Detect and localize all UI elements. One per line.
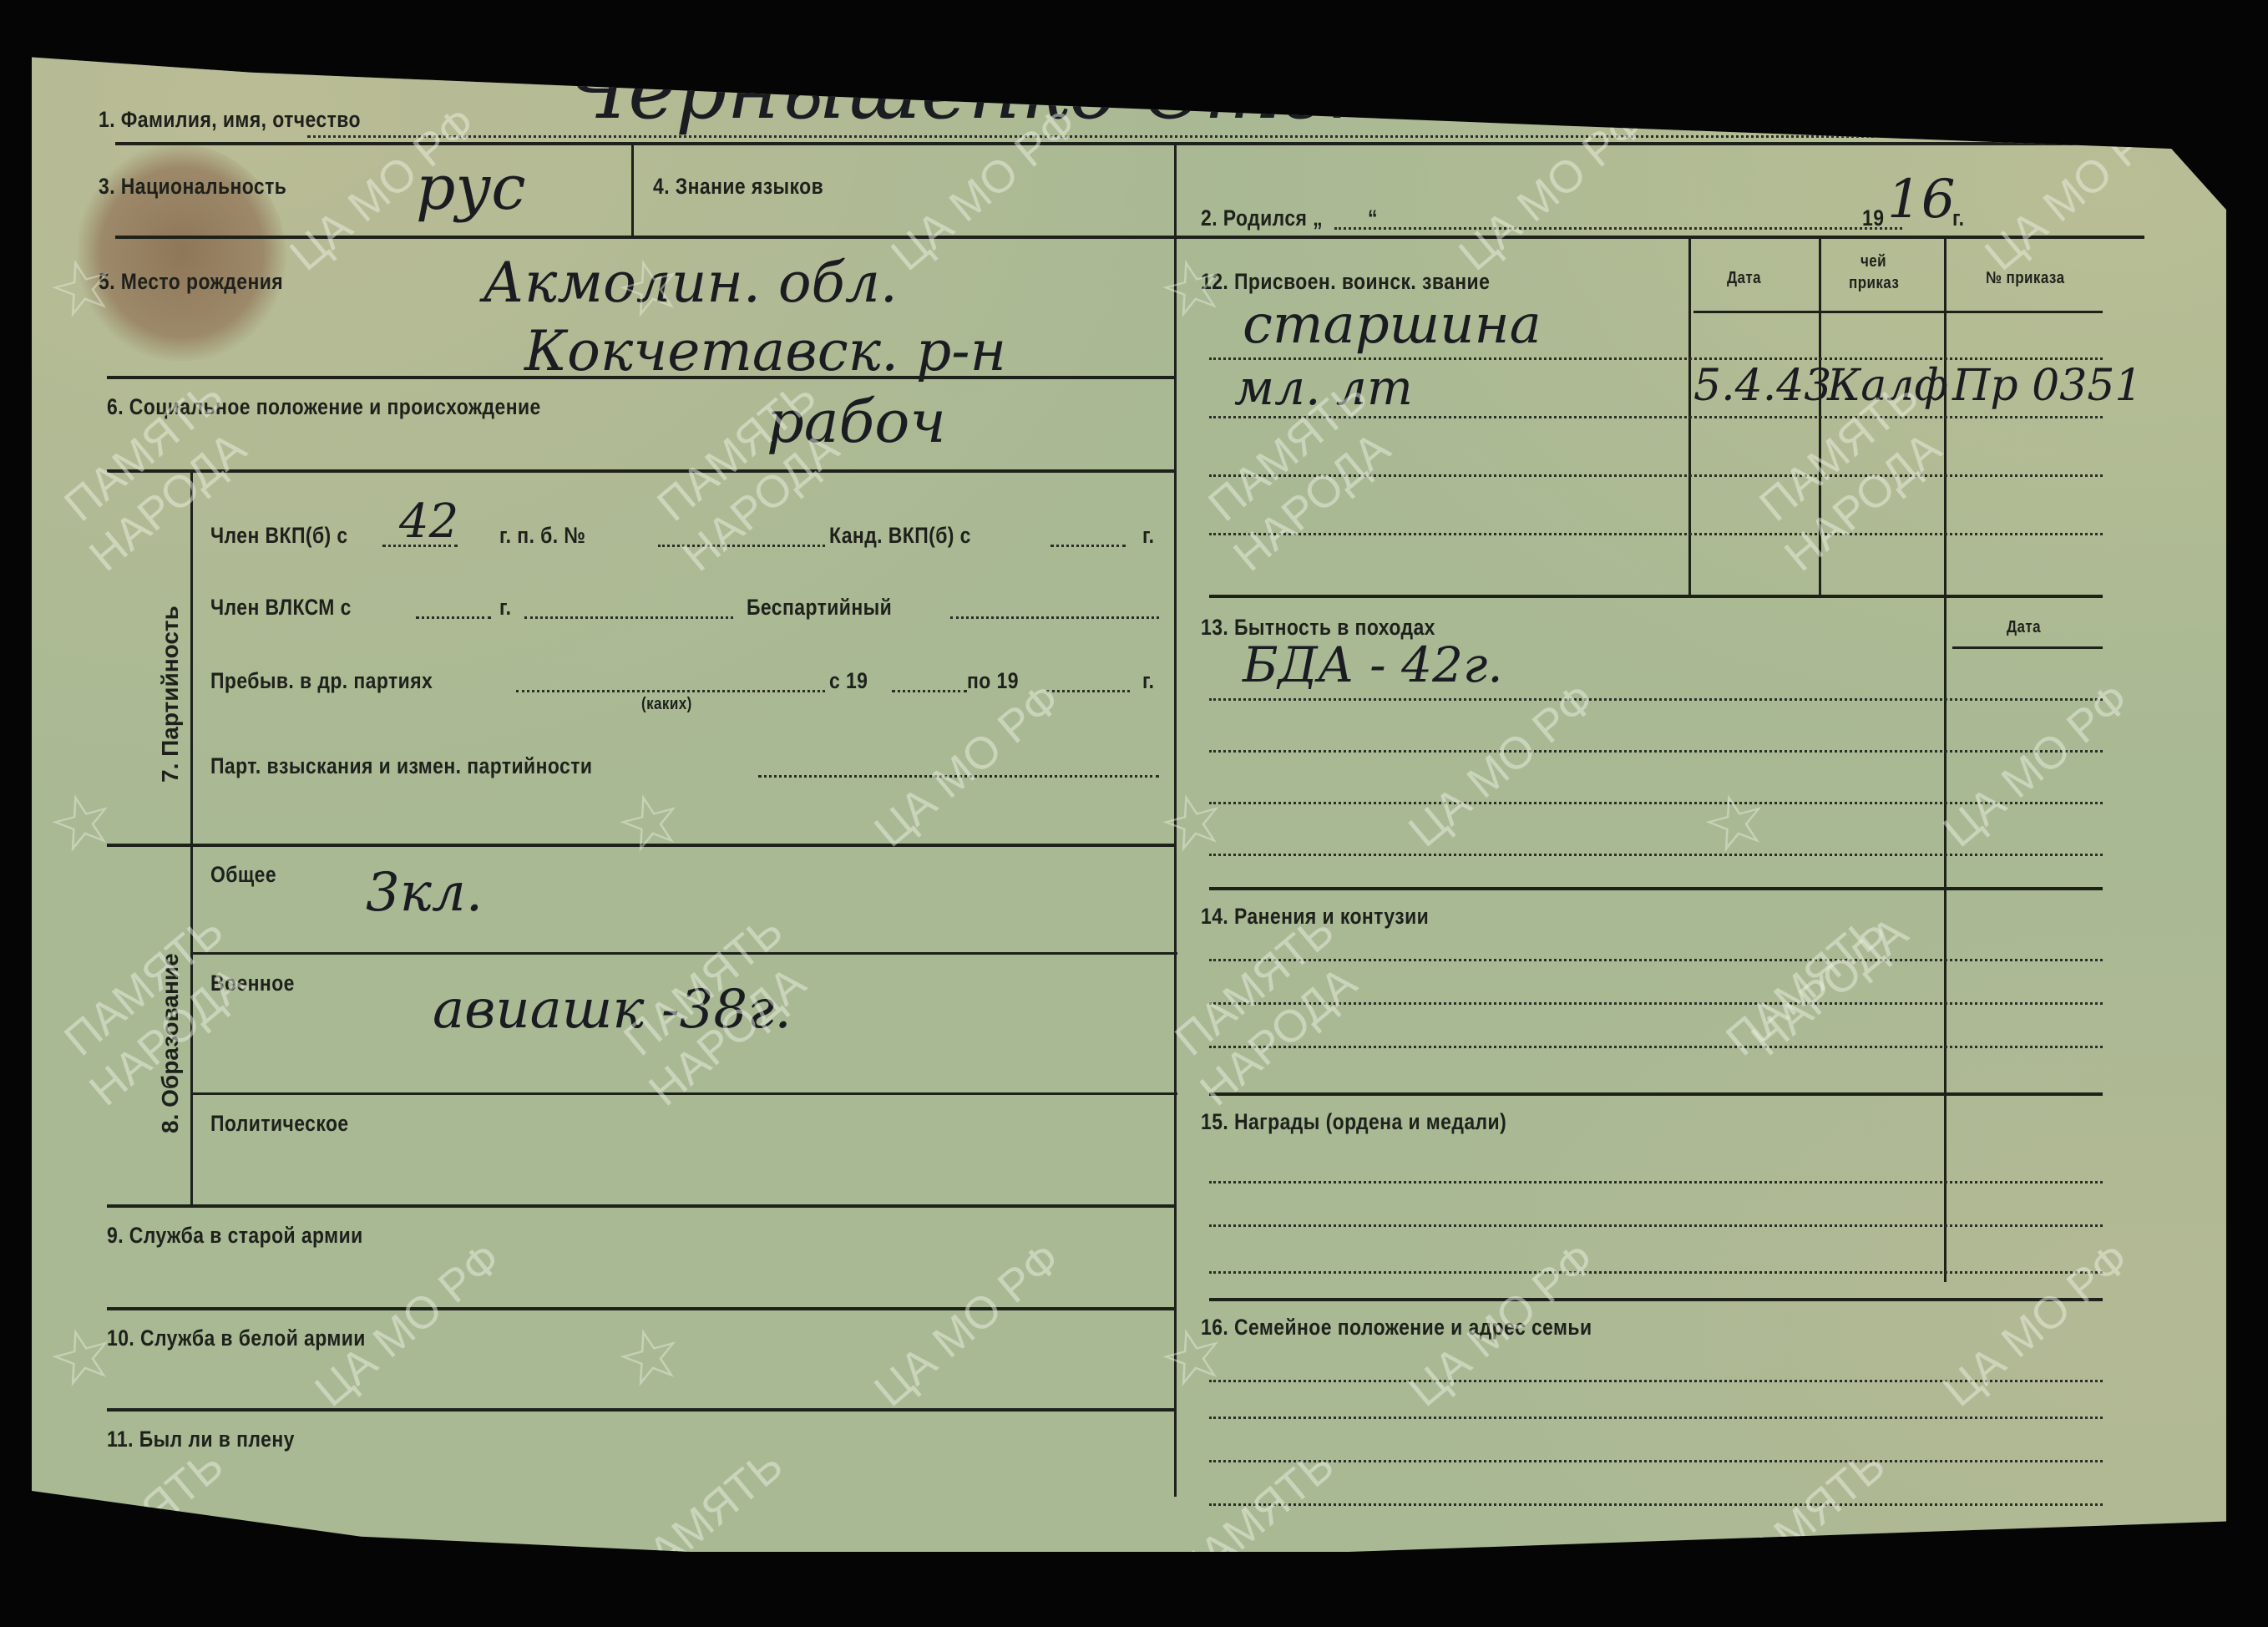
star-icon: ☆ (1149, 236, 1237, 338)
divider (1209, 1092, 2103, 1096)
table-row-line (1209, 1460, 2103, 1462)
star-icon: ☆ (38, 1305, 126, 1407)
field-7-other-suffix: г. (1142, 668, 1154, 694)
field-12-col-whose-2: приказ (1849, 274, 1899, 293)
divider (107, 1204, 1176, 1208)
field-5-value-line1: Акмолин. обл. (483, 251, 898, 315)
table-row-line (1209, 1224, 2103, 1227)
line (1050, 545, 1126, 547)
field-5-label: 5. Место рождения (99, 269, 283, 295)
table-header-divider (1693, 311, 2103, 313)
divider (1209, 595, 2103, 598)
line (416, 616, 491, 619)
field-4-label: 4. Знание языков (653, 174, 823, 200)
watermark-archive: ЦА МО РФ (1401, 676, 1602, 855)
field-10-label: 10. Служба в белой армии (107, 1325, 366, 1351)
watermark-project: ПАМЯТЬ (1167, 1442, 1342, 1598)
watermark-archive: ЦА МО РФ (1936, 1235, 2137, 1415)
field-12-row2-date: 5.4.43 (1693, 361, 1831, 411)
field-7-other-to: по 19 (967, 668, 1019, 694)
field-12-row1-rank: старшина (1243, 294, 1542, 356)
field-2-line (1334, 227, 1902, 230)
line (892, 690, 967, 692)
field-2-suffix: г. (1952, 205, 1964, 231)
watermark-archive: ЦА МО РФ (867, 1235, 1068, 1415)
field-12-col-number: № приказа (1986, 269, 2064, 288)
line (524, 616, 733, 619)
field-5-value-line2: Кокчетавск. р-н (524, 319, 1006, 383)
star-icon: ☆ (606, 771, 694, 873)
divider (190, 471, 193, 845)
divider (1209, 1298, 2103, 1301)
divider (192, 952, 1177, 955)
table-row-line (1209, 750, 2103, 753)
table-row-line (1209, 698, 2103, 701)
field-2-year-prefix: 19 (1862, 205, 1884, 231)
line (1046, 690, 1130, 692)
watermark-archive: ЦА МО РФ (867, 676, 1068, 855)
field-13-col-date: Дата (2007, 618, 2041, 637)
field-2-year-value: 16 (1887, 169, 1955, 231)
line (516, 690, 825, 692)
table-row-line (1209, 1271, 2103, 1274)
field-7-nonparty-label: Беспартийный (747, 595, 892, 621)
field-8-general-label: Общее (210, 862, 276, 888)
divider (107, 1408, 1176, 1412)
table-row-line (1209, 533, 2103, 535)
field-1-value: Чернышенко Степан Платонович (566, 43, 2048, 137)
divider (107, 376, 1176, 379)
field-7-other-label: Пребыв. в др. партиях (210, 668, 433, 694)
field-7-kand-suffix: г. (1142, 523, 1154, 549)
field-12-row2-number: Пр 0351 (1952, 361, 2143, 411)
watermark-project: ПАМЯТЬ (1719, 1442, 1893, 1598)
field-2-quote: “ (1368, 205, 1378, 231)
personnel-record-card: 1. Фамилия, имя, отчество Чернышенко Сте… (32, 27, 2226, 1552)
field-12-col-whose-1: чей (1860, 252, 1886, 271)
field-2-label: 2. Родился „ (1201, 205, 1323, 231)
field-8-general-value: 3кл. (366, 862, 483, 924)
divider (115, 236, 2144, 239)
field-1-label: 1. Фамилия, имя, отчество (99, 107, 361, 133)
field-7-label: 7. Партийность (157, 606, 184, 783)
watermark-archive: ЦА МО РФ (1936, 676, 2137, 855)
watermark-project: ПАМЯТЬ (616, 1442, 791, 1598)
table-column-divider (1944, 1094, 1947, 1282)
line (950, 616, 1159, 619)
table-row-line (1209, 1417, 2103, 1419)
table-row-line (1209, 1181, 2103, 1184)
divider (1209, 887, 2103, 890)
divider (631, 144, 634, 237)
field-7-vlksm-label: Член ВЛКСМ с (210, 595, 352, 621)
field-9-label: 9. Служба в старой армии (107, 1223, 363, 1249)
field-7-kand-label: Канд. ВКП(б) с (829, 523, 971, 549)
field-12-col-date: Дата (1727, 269, 1761, 288)
watermark-archive: ЦА МО РФ (1977, 99, 2179, 279)
star-icon: ☆ (38, 771, 126, 873)
table-header-divider (1952, 646, 2103, 649)
field-8-political-label: Политическое (210, 1111, 349, 1137)
table-row-line (1209, 959, 2103, 961)
field-3-label: 3. Национальность (99, 174, 286, 200)
table-row-line (1209, 1503, 2103, 1506)
star-icon: ☆ (606, 1305, 694, 1407)
divider (107, 469, 1176, 473)
table-row-line (1209, 1046, 2103, 1048)
star-icon: ☆ (1149, 771, 1237, 873)
field-7-vkpb-suffix: г. п. б. № (499, 523, 585, 549)
field-12-label: 12. Присвоен. воинск. звание (1201, 269, 1490, 295)
field-7-other-from: с 19 (829, 668, 868, 694)
star-icon: ☆ (1692, 771, 1779, 873)
field-13-value: БДА - 42г. (1243, 636, 1503, 693)
field-7-penalty-label: Парт. взыскания и измен. партийности (210, 753, 592, 779)
field-7-vkpb-value: 42 (399, 494, 458, 549)
field-7-other-hint: (каких) (641, 695, 692, 714)
field-7-vkpb-label: Член ВКП(б) с (210, 523, 348, 549)
watermark-project: ПАМЯТЬ (57, 1442, 231, 1598)
field-7-vlksm-suffix: г. (499, 595, 511, 621)
field-15-label: 15. Награды (ордена и медали) (1201, 1109, 1506, 1135)
